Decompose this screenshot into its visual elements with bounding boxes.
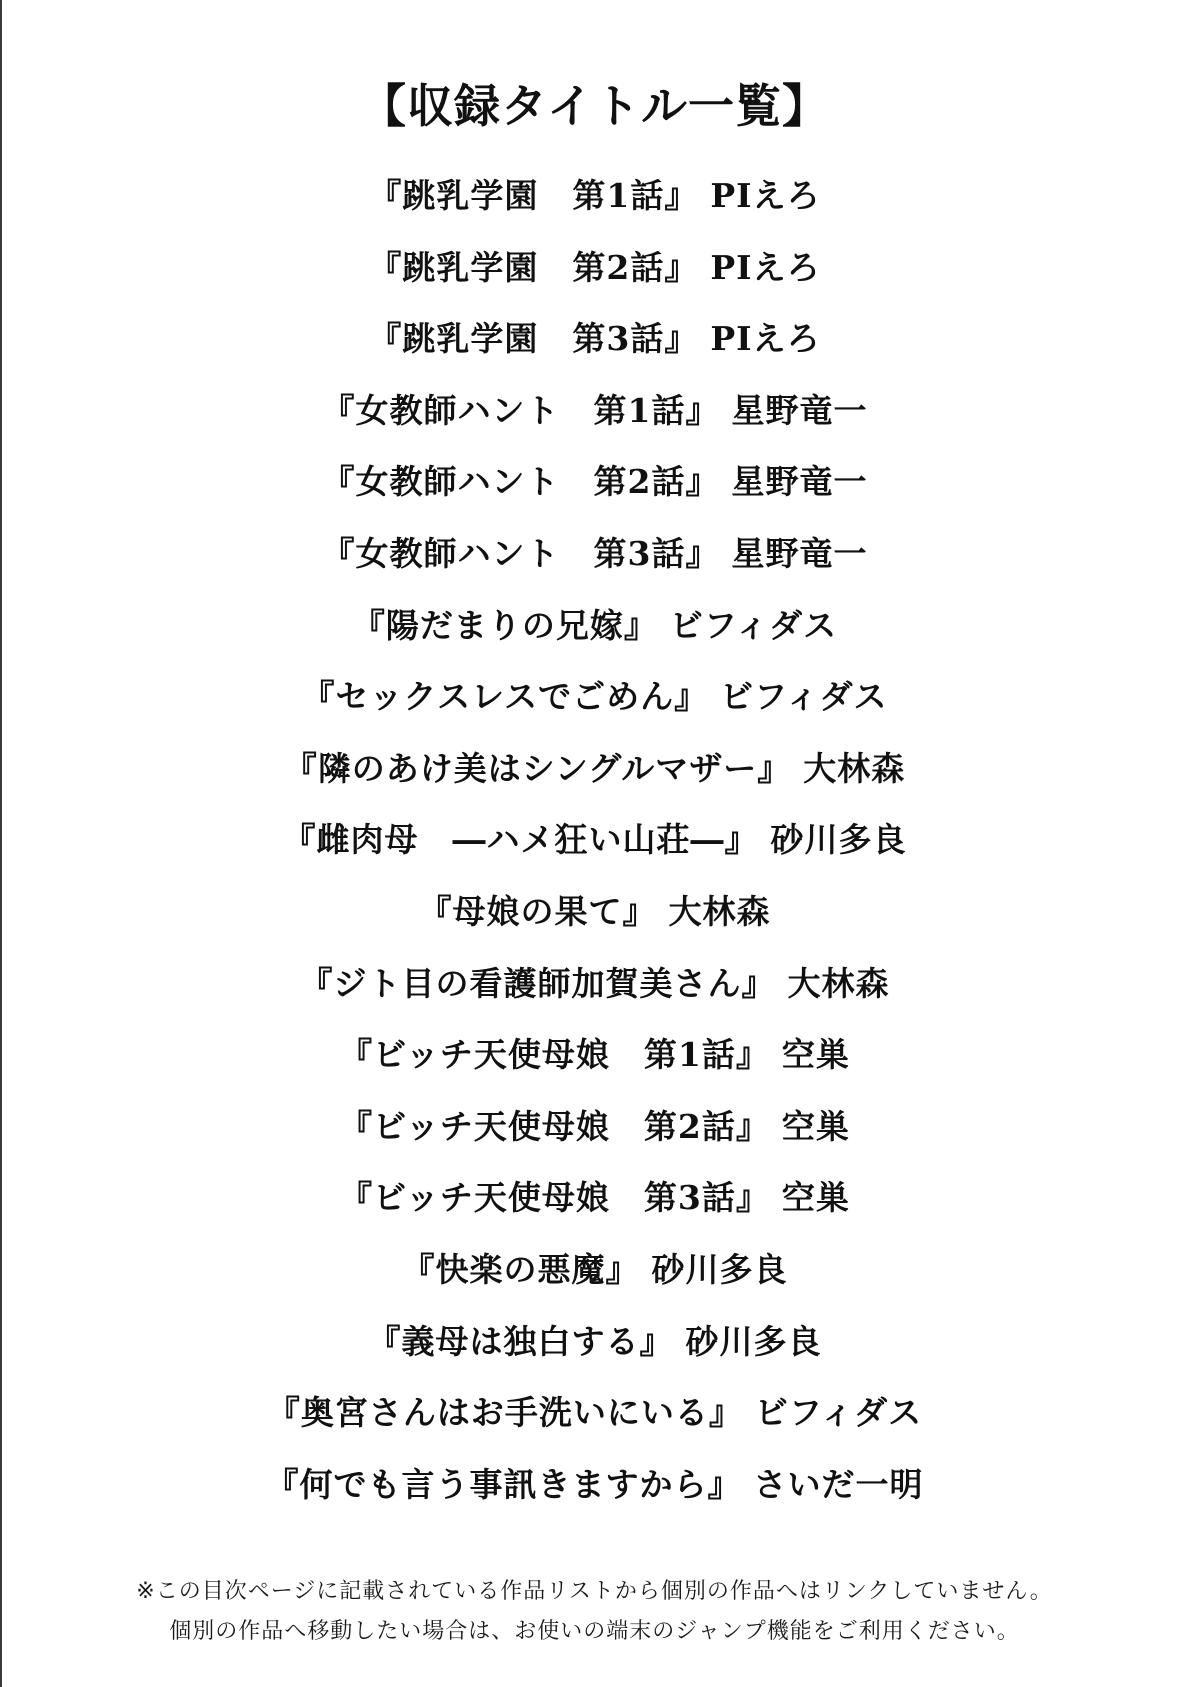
work-author: 星野竜一: [731, 534, 867, 573]
work-author: 大林森: [788, 964, 890, 1003]
work-title: 『女教師ハント 第3話』: [322, 534, 720, 573]
list-item: 『陽だまりの兄嫁』ビフィダス: [0, 600, 1189, 672]
work-author: 大林森: [803, 749, 905, 788]
work-title: 『何でも言う事訊きますから』: [266, 1465, 742, 1504]
list-item: 『ジト目の看護師加賀美さん』大林森: [0, 958, 1189, 1030]
footnote: ※この目次ページに記載されている作品リストから個別の作品へはリンクしていません。…: [0, 1572, 1189, 1652]
work-title: 『セックスレスでごめん』: [301, 677, 708, 716]
work-author: 空巣: [782, 1178, 850, 1217]
work-title: 『女教師ハント 第2話』: [322, 462, 720, 501]
list-item: 『隣のあけ美はシングルマザー』大林森: [0, 743, 1189, 815]
work-author: PIえろ: [710, 248, 820, 287]
work-title: 『陽だまりの兄嫁』: [352, 606, 658, 645]
work-title: 『ジト目の看護師加賀美さん』: [300, 964, 776, 1003]
work-title: 『隣のあけ美はシングルマザー』: [284, 749, 792, 788]
list-item: 『セックスレスでごめん』ビフィダス: [0, 671, 1189, 743]
work-author: PIえろ: [710, 319, 820, 358]
list-item: 『女教師ハント 第2話』星野竜一: [0, 456, 1189, 528]
work-author: ビフィダス: [720, 677, 887, 716]
work-author: 空巣: [782, 1107, 850, 1146]
work-author: ビフィダス: [670, 606, 837, 645]
list-item: 『母娘の果て』大林森: [0, 886, 1189, 958]
work-author: 砂川多良: [652, 1250, 788, 1289]
title-list: 『跳乳学園 第1話』PIえろ 『跳乳学園 第2話』PIえろ 『跳乳学園 第3話』…: [0, 170, 1189, 1530]
work-title: 『雌肉母 ―ハメ狂い山荘―』: [283, 820, 759, 859]
list-item: 『女教師ハント 第1話』星野竜一: [0, 385, 1189, 457]
work-author: 大林森: [669, 892, 771, 931]
work-title: 『奥宮さんはお手洗いにいる』: [267, 1393, 743, 1432]
list-item: 『雌肉母 ―ハメ狂い山荘―』砂川多良: [0, 814, 1189, 886]
work-title: 『ビッチ天使母娘 第2話』: [339, 1107, 770, 1146]
work-title: 『跳乳学園 第2話』: [368, 248, 698, 287]
list-item: 『女教師ハント 第3話』星野竜一: [0, 528, 1189, 600]
work-author: 空巣: [782, 1035, 850, 1074]
work-author: PIえろ: [710, 176, 820, 215]
list-item: 『快楽の悪魔』砂川多良: [0, 1244, 1189, 1316]
work-author: 星野竜一: [731, 391, 867, 430]
list-item: 『奥宮さんはお手洗いにいる』ビフィダス: [0, 1387, 1189, 1459]
list-item: 『跳乳学園 第2話』PIえろ: [0, 242, 1189, 314]
work-author: 星野竜一: [731, 462, 867, 501]
work-title: 『ビッチ天使母娘 第3話』: [339, 1178, 770, 1217]
list-item: 『ビッチ天使母娘 第3話』空巣: [0, 1172, 1189, 1244]
work-title: 『快楽の悪魔』: [402, 1250, 640, 1289]
list-item: 『ビッチ天使母娘 第2話』空巣: [0, 1101, 1189, 1173]
list-item: 『義母は独白する』砂川多良: [0, 1316, 1189, 1388]
work-author: ビフィダス: [755, 1393, 922, 1432]
list-item: 『跳乳学園 第1話』PIえろ: [0, 170, 1189, 242]
footnote-line-1: ※この目次ページに記載されている作品リストから個別の作品へはリンクしていません。: [0, 1572, 1189, 1612]
work-title: 『ビッチ天使母娘 第1話』: [339, 1035, 770, 1074]
work-title: 『跳乳学園 第1話』: [368, 176, 698, 215]
work-author: さいだ一明: [754, 1465, 924, 1504]
list-item: 『ビッチ天使母娘 第1話』空巣: [0, 1029, 1189, 1101]
work-author: 砂川多良: [686, 1322, 822, 1361]
work-title: 『跳乳学園 第3話』: [368, 319, 698, 358]
work-title: 『女教師ハント 第1話』: [322, 391, 720, 430]
list-item: 『跳乳学園 第3話』PIえろ: [0, 313, 1189, 385]
list-item: 『何でも言う事訊きますから』さいだ一明: [0, 1459, 1189, 1531]
work-author: 砂川多良: [771, 820, 907, 859]
footnote-line-2: 個別の作品へ移動したい場合は、お使いの端末のジャンプ機能をご利用ください。: [0, 1612, 1189, 1652]
work-title: 『母娘の果て』: [419, 892, 657, 931]
page-title: 【収録タイトル一覧】: [0, 76, 1189, 136]
work-title: 『義母は独白する』: [368, 1322, 674, 1361]
